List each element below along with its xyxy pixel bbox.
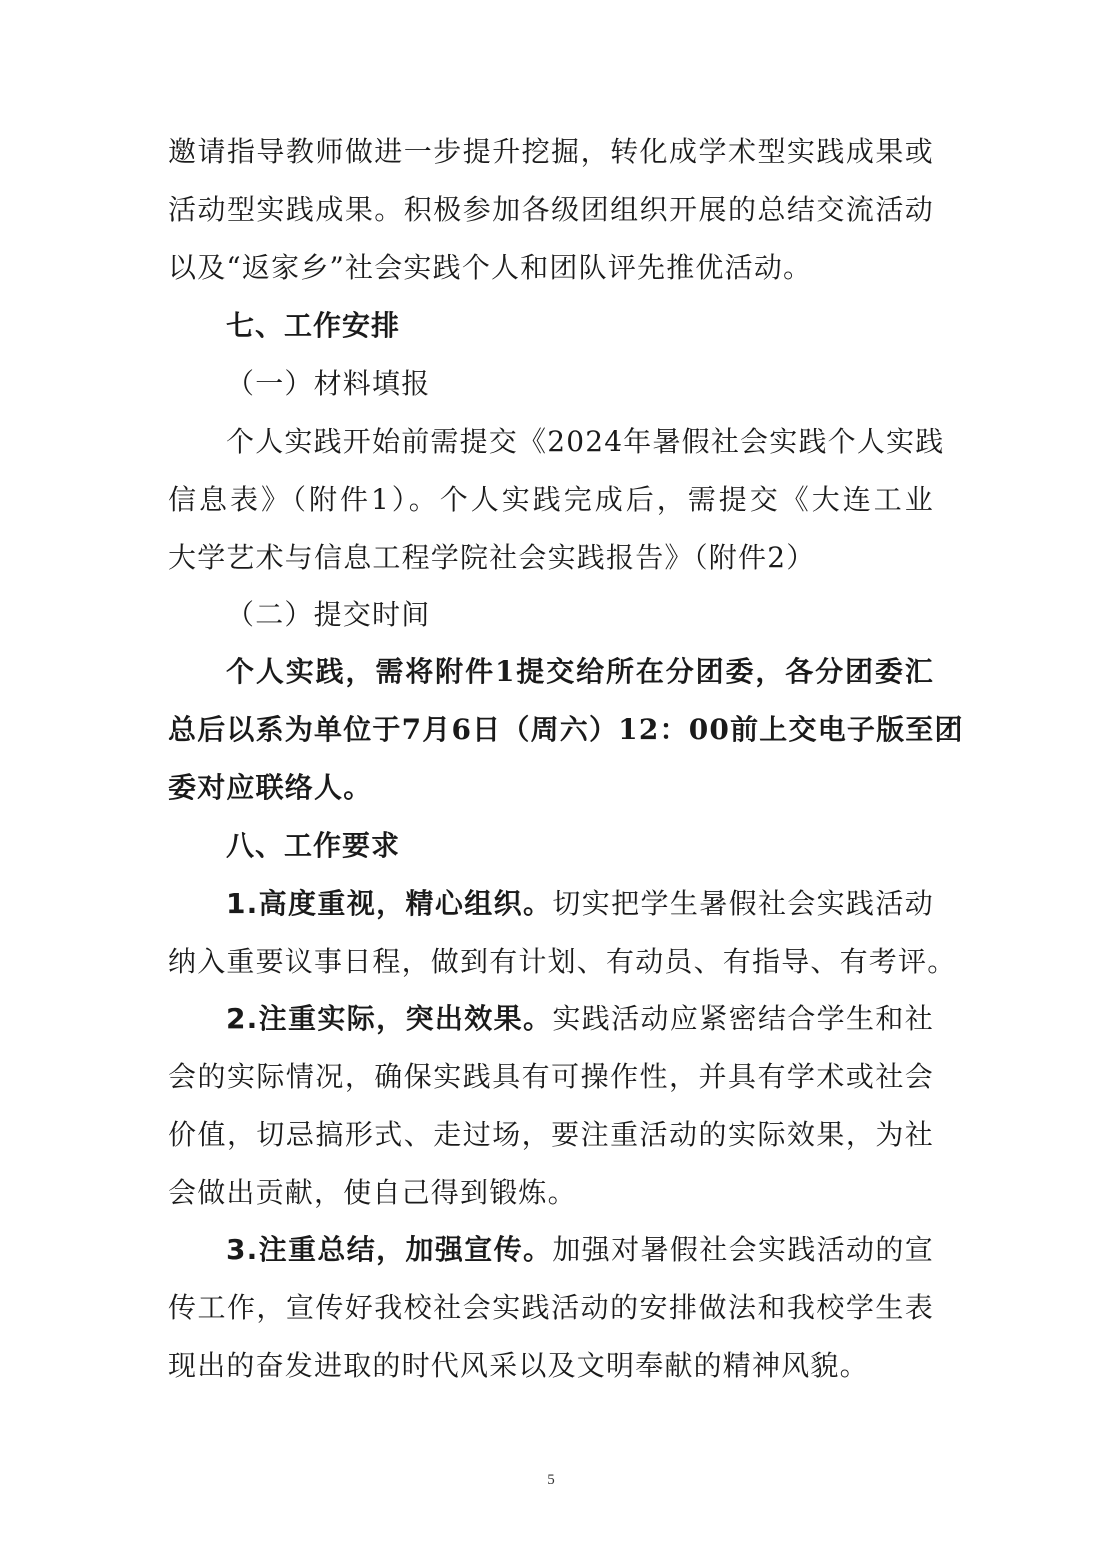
line-text: 八、工作要求 xyxy=(226,829,400,862)
line-text: 总后以系为单位于7月6日（周六）12：00前上交电子版至团 xyxy=(168,713,964,746)
line-text: 实践活动应紧密结合学生和社 xyxy=(552,1002,934,1035)
line-text: （一）材料填报 xyxy=(226,367,430,400)
text-line: 1.高度重视，精心组织。切实把学生暑假社会实践活动 xyxy=(226,886,934,922)
text-line: 邀请指导教师做进一步提升挖掘，转化成学术型实践成果或 xyxy=(168,134,934,170)
line-text: 现出的奋发进取的时代风采以及文明奉献的精神风貌。 xyxy=(168,1349,869,1382)
section-heading: 八、工作要求 xyxy=(226,828,934,864)
line-text: 切实把学生暑假社会实践活动 xyxy=(552,887,934,920)
text-line: 会的实际情况，确保实践具有可操作性，并具有学术或社会 xyxy=(168,1059,934,1095)
text-line: 3.注重总结，加强宣传。加强对暑假社会实践活动的宣 xyxy=(226,1232,934,1268)
text-line: 大学艺术与信息工程学院社会实践报告》（附件2） xyxy=(168,540,934,576)
line-text: 大学艺术与信息工程学院社会实践报告》（附件2） xyxy=(168,541,815,574)
text-line: 以及“返家乡”社会实践个人和团队评先推优活动。 xyxy=(168,250,934,286)
item-lead: 3.注重总结，加强宣传。 xyxy=(226,1233,552,1266)
line-text: 传工作，宣传好我校社会实践活动的安排做法和我校学生表 xyxy=(168,1291,934,1324)
item-lead: 2.注重实际，突出效果。 xyxy=(226,1002,552,1035)
line-text: 加强对暑假社会实践活动的宣 xyxy=(552,1233,934,1266)
line-text: 纳入重要议事日程，做到有计划、有动员、有指导、有考评。 xyxy=(168,945,956,978)
line-text: 信息表》（附件1）。个人实践完成后，需提交《大连工业 xyxy=(168,483,934,516)
text-line: 2.注重实际，突出效果。实践活动应紧密结合学生和社 xyxy=(226,1001,934,1037)
line-text: 七、工作安排 xyxy=(226,309,400,342)
text-line: （二）提交时间 xyxy=(226,597,934,633)
line-text: 个人实践，需将附件1提交给所在分团委，各分团委汇 xyxy=(226,655,934,688)
line-text: 个人实践开始前需提交《2024年暑假社会实践个人实践 xyxy=(226,425,944,458)
line-text: 活动型实践成果。积极参加各级团组织开展的总结交流活动 xyxy=(168,193,934,226)
text-line: 委对应联络人。 xyxy=(168,770,934,806)
line-text: 以及“返家乡”社会实践个人和团队评先推优活动。 xyxy=(168,251,812,284)
text-line: 传工作，宣传好我校社会实践活动的安排做法和我校学生表 xyxy=(168,1290,934,1326)
line-text: 会做出贡献，使自己得到锻炼。 xyxy=(168,1176,577,1209)
line-text: （二）提交时间 xyxy=(226,598,430,631)
line-text: 价值，切忌搞形式、走过场，要注重活动的实际效果，为社 xyxy=(168,1118,934,1151)
line-text: 邀请指导教师做进一步提升挖掘，转化成学术型实践成果或 xyxy=(168,135,934,168)
text-line: 个人实践，需将附件1提交给所在分团委，各分团委汇 xyxy=(226,654,934,690)
text-line: 信息表》（附件1）。个人实践完成后，需提交《大连工业 xyxy=(168,482,934,518)
item-lead: 1.高度重视，精心组织。 xyxy=(226,887,552,920)
text-line: 会做出贡献，使自己得到锻炼。 xyxy=(168,1175,934,1211)
text-line: 价值，切忌搞形式、走过场，要注重活动的实际效果，为社 xyxy=(168,1117,934,1153)
text-line: 总后以系为单位于7月6日（周六）12：00前上交电子版至团 xyxy=(168,712,934,748)
text-line: （一）材料填报 xyxy=(226,366,934,402)
line-text: 会的实际情况，确保实践具有可操作性，并具有学术或社会 xyxy=(168,1060,934,1093)
document-page: 邀请指导教师做进一步提升挖掘，转化成学术型实践成果或活动型实践成果。积极参加各级… xyxy=(0,0,1102,1559)
text-line: 活动型实践成果。积极参加各级团组织开展的总结交流活动 xyxy=(168,192,934,228)
text-line: 现出的奋发进取的时代风采以及文明奉献的精神风貌。 xyxy=(168,1348,934,1384)
line-text: 委对应联络人。 xyxy=(168,771,372,804)
text-line: 纳入重要议事日程，做到有计划、有动员、有指导、有考评。 xyxy=(168,944,934,980)
page-number: 5 xyxy=(0,1472,1102,1489)
text-line: 个人实践开始前需提交《2024年暑假社会实践个人实践 xyxy=(226,424,934,460)
section-heading: 七、工作安排 xyxy=(226,308,934,344)
